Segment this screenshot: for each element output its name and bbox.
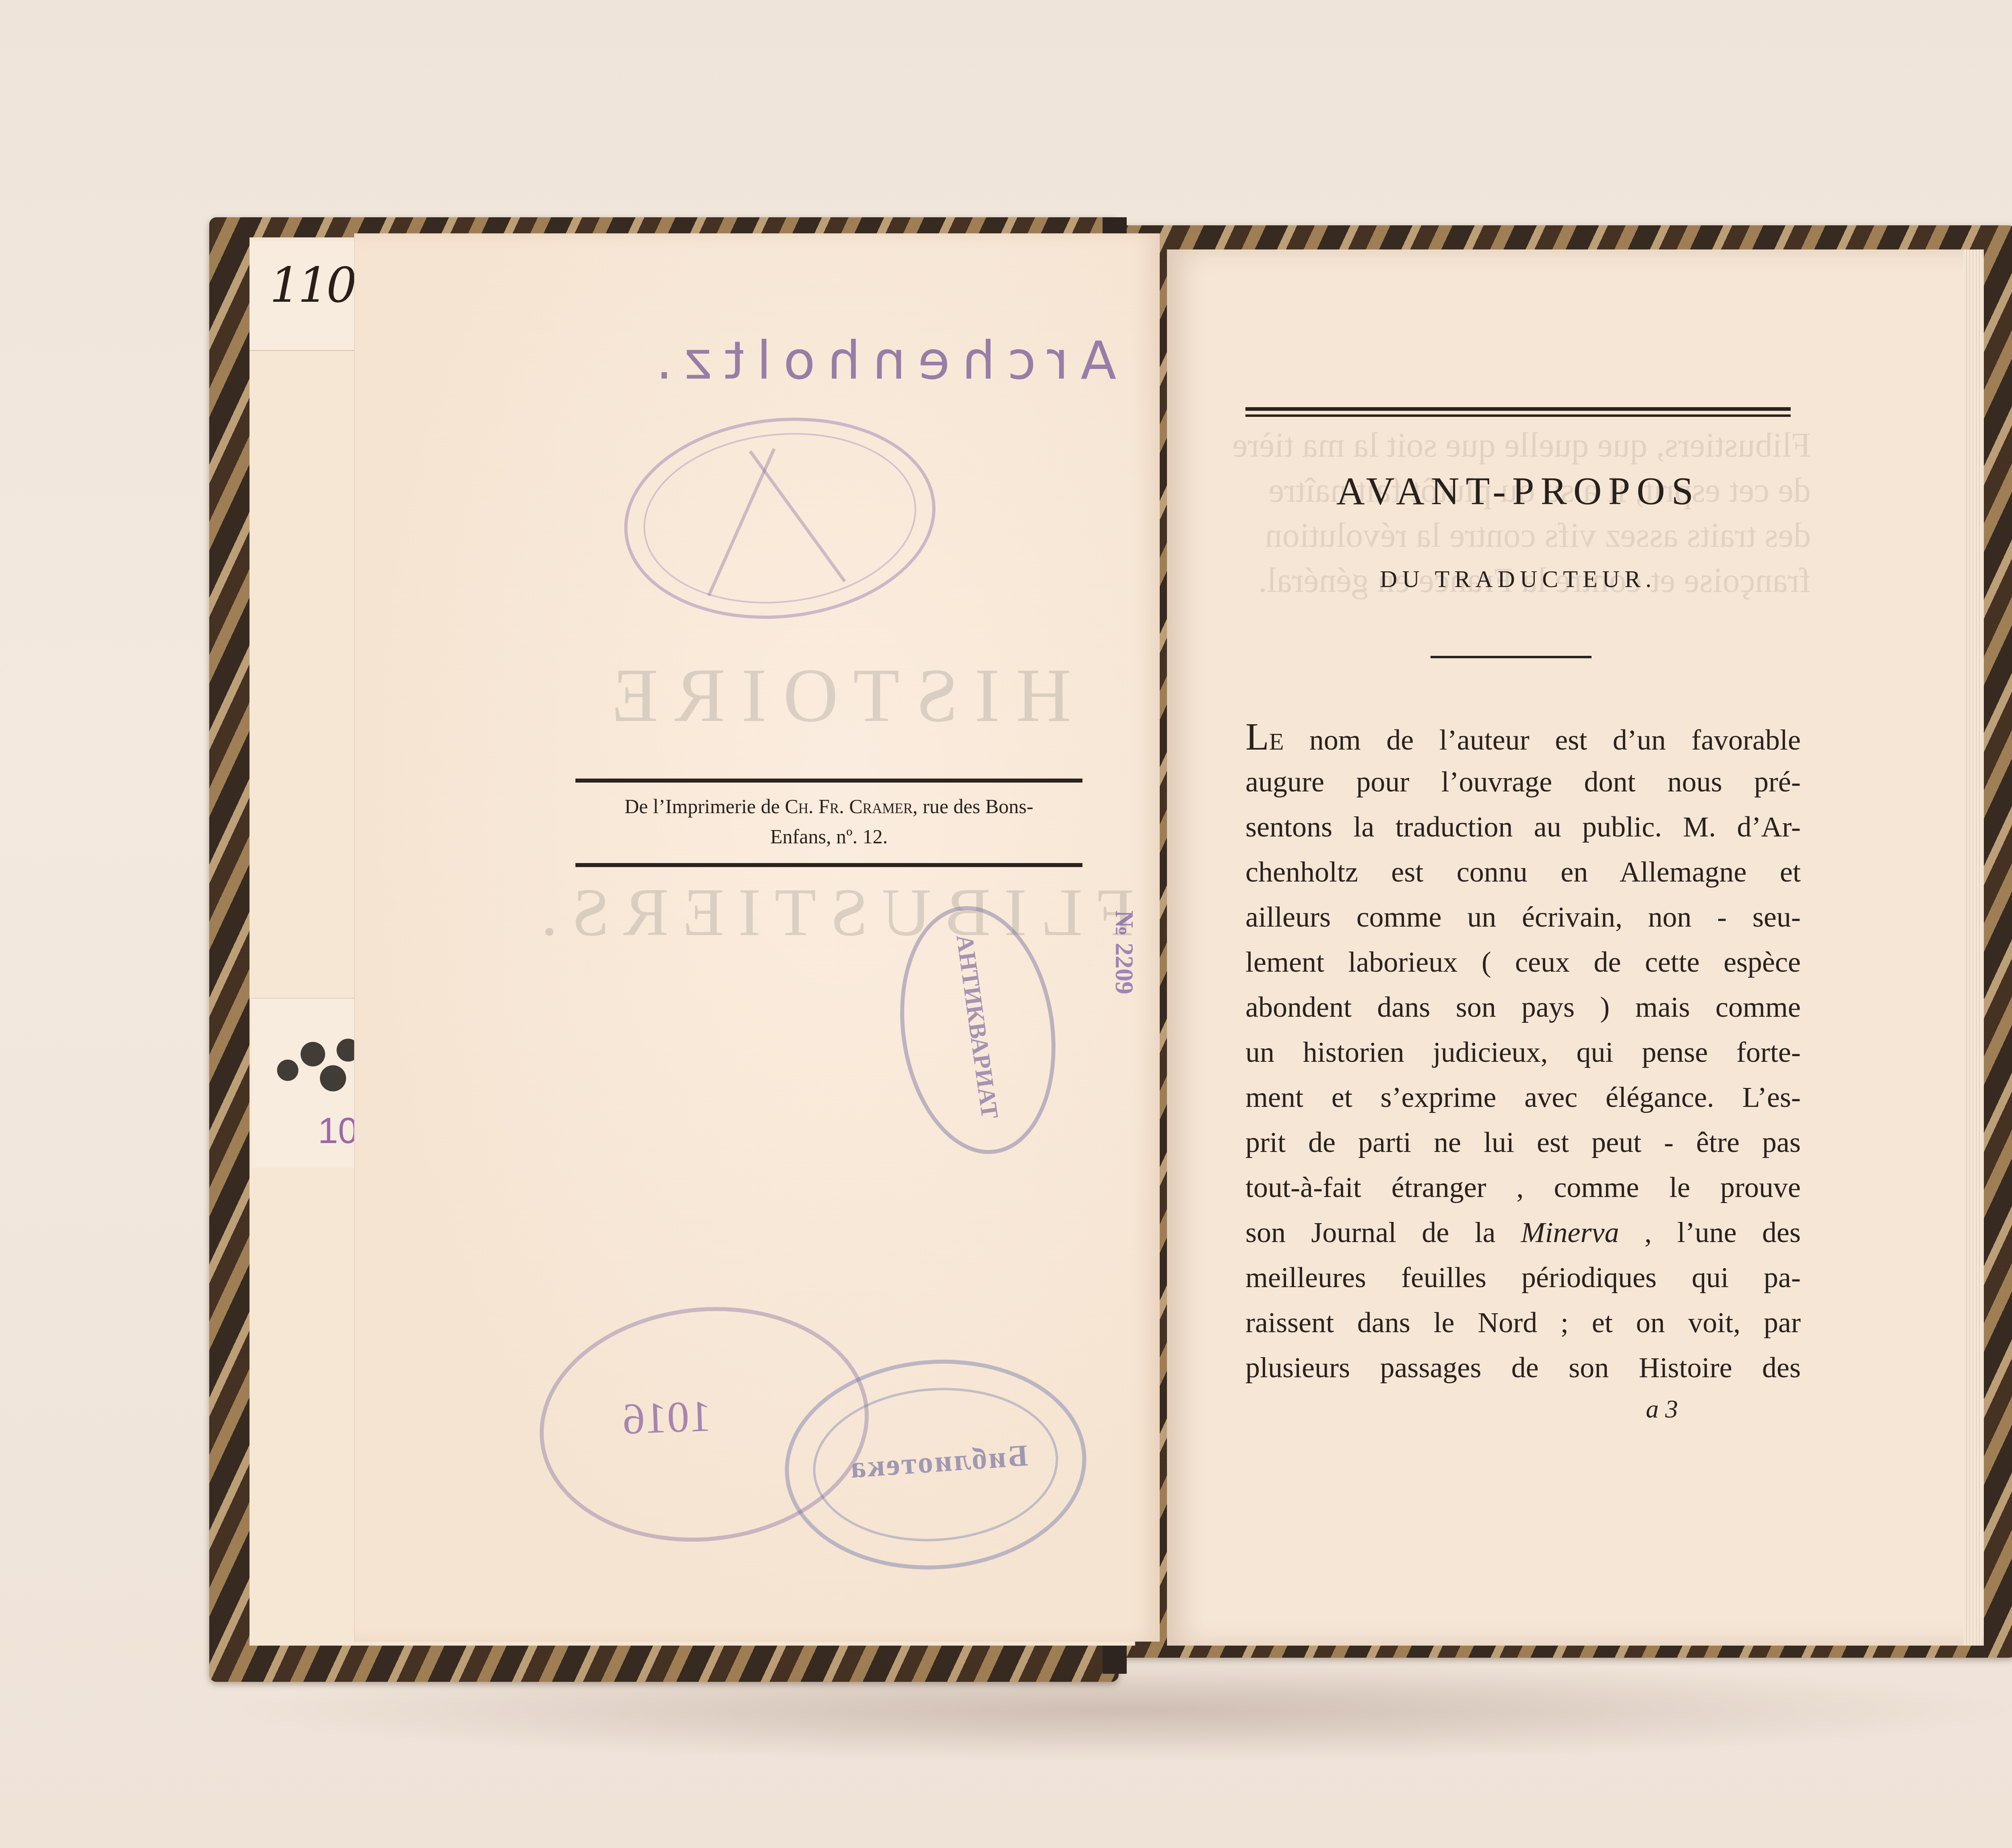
- slip-decoration-icon: [258, 1022, 358, 1102]
- body-line-3: sentons la traduction au public. M. d’Ar…: [1245, 804, 1801, 849]
- body-line-9: ment et s’exprime avec élégance. L’es-: [1245, 1075, 1801, 1120]
- body-line-12: son Journal de la Minerva , l’une des: [1245, 1210, 1801, 1255]
- manuscript-number: 110,: [270, 258, 367, 313]
- body-line-5: ailleurs comme un écrivain, non - seu-: [1245, 894, 1801, 939]
- body-line-10: prit de parti ne lui est peut - être pas: [1245, 1120, 1801, 1165]
- title-divider: [1431, 656, 1591, 658]
- body-line-14: raissent dans le Nord ; et on voit, par: [1245, 1300, 1801, 1345]
- body-line-15: plusieurs passages de son Histoire des: [1245, 1345, 1801, 1390]
- body-line-13: meilleures feuilles périodiques qui pa-: [1245, 1255, 1801, 1300]
- chapter-title: AVANT-PROPOS: [1245, 469, 1791, 514]
- imprint-address: , rue des Bons-: [913, 795, 1033, 818]
- handwritten-author-name: Archenholtz.: [644, 330, 1116, 391]
- signature-mark: a 3: [1646, 1394, 1678, 1424]
- shelf-mark: № 2209: [1109, 911, 1139, 994]
- body-line-11: tout-à-fait étranger , comme le prouve: [1245, 1165, 1801, 1210]
- header-rule-thick: [1245, 407, 1791, 411]
- chapter-subtitle: DU TRADUCTEUR.: [1245, 565, 1791, 593]
- body-line-8: un historien judicieux, qui pense forte-: [1245, 1030, 1801, 1075]
- imprint-printer: Ch. Fr. Cramer: [785, 795, 913, 818]
- imprint-line-1: De l’Imprimerie de Ch. Fr. Cramer, rue d…: [575, 795, 1082, 818]
- imprint-rule-bottom: [575, 863, 1082, 867]
- imprint-rule-top: [575, 779, 1082, 783]
- page-edges: [1964, 249, 1982, 1646]
- header-rule-thin: [1245, 414, 1791, 417]
- body-line-6: lement laborieux ( ceux de cette espèce: [1245, 939, 1801, 985]
- body-line-7: abondent dans son pays ) mais comme: [1245, 985, 1801, 1030]
- body-text: LE nom de l’auteur est d’un favorable au…: [1245, 714, 1801, 1390]
- journal-title-minerva: Minerva: [1521, 1216, 1619, 1248]
- body-line-2: augure pour l’ouvrage dont nous pré-: [1245, 759, 1801, 804]
- show-through-subtitle: FLIBUSTIERS.: [527, 873, 1134, 952]
- body-line-1: LE nom de l’auteur est d’un favorable: [1245, 714, 1801, 759]
- slip-number: 10: [318, 1110, 358, 1152]
- show-through-title: HISTOIRE: [596, 652, 1071, 740]
- imprint-line-2: Enfans, nº. 12.: [575, 825, 1082, 848]
- body-line-4: chenholtz est connu en Allemagne et: [1245, 849, 1801, 894]
- imprint-prefix: De l’Imprimerie de: [625, 795, 785, 818]
